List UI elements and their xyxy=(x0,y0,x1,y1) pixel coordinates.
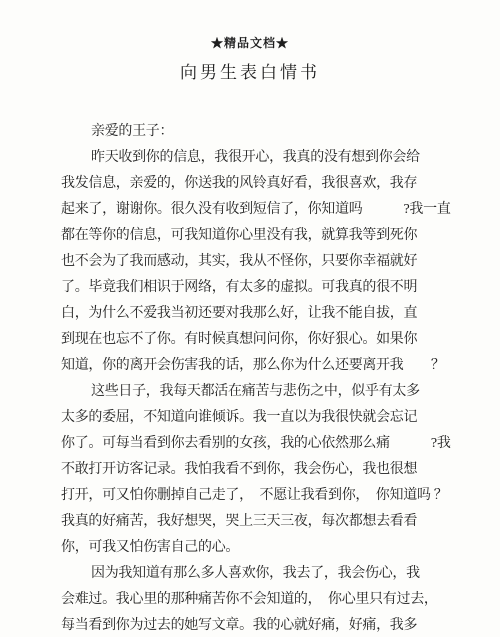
text-line: 不敢打开访客记录。我怕我看不到你，我会伤心，我也很想 xyxy=(61,457,480,483)
doc-header-badge: ★精品文档★ xyxy=(0,0,500,51)
text-line: 这些日子，我每天都活在痛苦与悲伤之中，似乎有太多 xyxy=(61,379,480,405)
text-line: 每当看到你为过去的她写文章。我的心就好痛，好痛，我多 xyxy=(61,613,480,637)
letter-body: 亲爱的王子：昨天收到你的信息，我很开心，我真的没有想到你会给我发信息，亲爱的，你… xyxy=(0,119,500,637)
text-line: 了。毕竟我们相识于网络，有太多的虚拟。可我真的很不明 xyxy=(61,275,480,301)
text-line: 我发信息，亲爱的，你送我的风铃真好看，我很喜欢，我存 xyxy=(61,171,480,197)
text-line: 亲爱的王子： xyxy=(61,119,480,145)
text-line: 会难过。我心里的那种痛苦你不会知道的， 你心里只有过去， xyxy=(61,587,480,613)
text-line: 知道，你的离开会伤害我的话，那么你为什么还要离开我 ？ xyxy=(61,353,480,379)
text-line: 太多的委屈，不知道向谁倾诉。我一直以为我很快就会忘记 xyxy=(61,405,480,431)
paragraph-2: 这些日子，我每天都活在痛苦与悲伤之中，似乎有太多太多的委屈，不知道向谁倾诉。我一… xyxy=(61,379,480,561)
document-page: ★精品文档★ 向男生表白情书 亲爱的王子：昨天收到你的信息，我很开心，我真的没有… xyxy=(0,0,500,637)
paragraph-1: 昨天收到你的信息，我很开心，我真的没有想到你会给我发信息，亲爱的，你送我的风铃真… xyxy=(61,145,480,379)
text-line: 你了。可每当看到你去看别的女孩，我的心依然那么痛 ?我 xyxy=(61,431,480,457)
text-line: 起来了，谢谢你。很久没有收到短信了，你知道吗 ?我一直 xyxy=(61,197,480,223)
text-line: 都在等你的信息，可我知道你心里没有我，就算我等到死你 xyxy=(61,223,480,249)
text-line: 我真的好痛苦，我好想哭，哭上三天三夜，每次都想去看看 xyxy=(61,509,480,535)
text-line: 因为我知道有那么多人喜欢你，我去了，我会伤心，我 xyxy=(61,561,480,587)
text-line: 你，可我又怕伤害自己的心。 xyxy=(61,535,480,561)
text-line: 昨天收到你的信息，我很开心，我真的没有想到你会给 xyxy=(61,145,480,171)
greeting: 亲爱的王子： xyxy=(61,119,480,145)
text-line: 打开，可又怕你删掉自己走了， 不愿让我看到你， 你知道吗 ？ xyxy=(61,483,480,509)
doc-title: 向男生表白情书 xyxy=(0,63,500,83)
paragraph-3: 因为我知道有那么多人喜欢你，我去了，我会伤心，我会难过。我心里的那种痛苦你不会知… xyxy=(61,561,480,637)
text-line: 也不会为了我而感动，其实，我从不怪你，只要你幸福就好 xyxy=(61,249,480,275)
text-line: 到现在也忘不了你。有时候真想问问你，你好狠心。如果你 xyxy=(61,327,480,353)
text-line: 白，为什么不爱我当初还要对我那么好，让我不能自拔，直 xyxy=(61,301,480,327)
